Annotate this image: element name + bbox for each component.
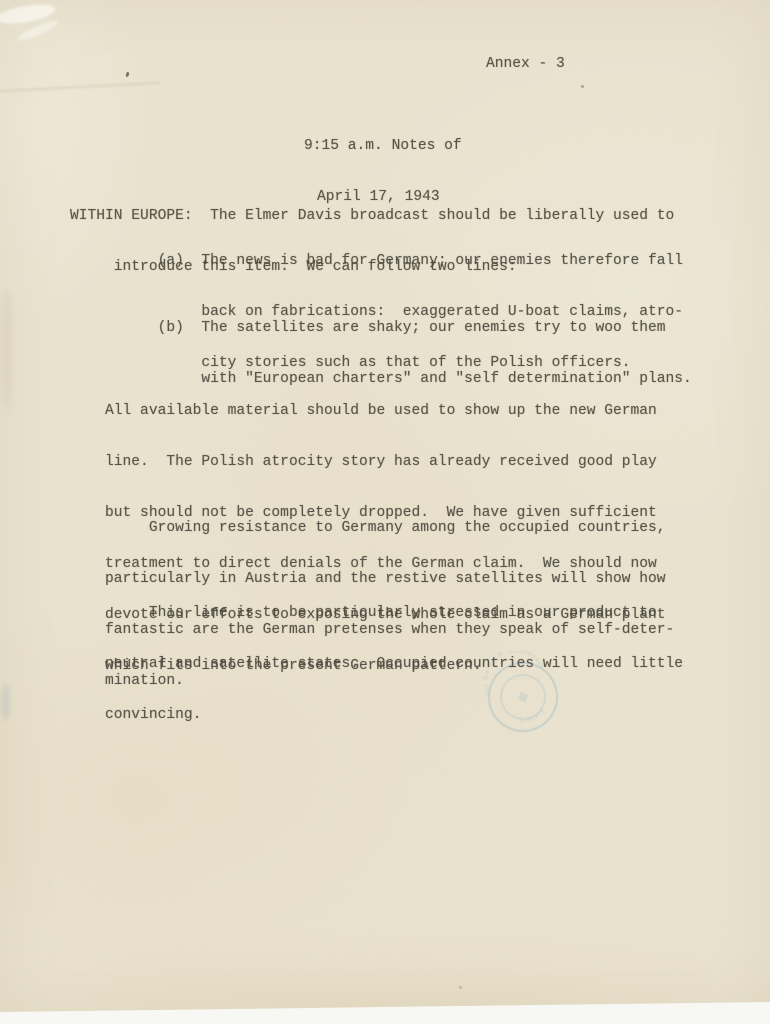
stamp-text-top: The Dwight D. Eisenhower	[477, 651, 546, 696]
crease-mark	[0, 82, 160, 92]
scuff-mark	[16, 17, 60, 43]
ink-speck	[581, 85, 584, 88]
text-line: This line is to be particularly stressed…	[70, 605, 683, 622]
text-line: convincing.	[70, 707, 683, 724]
paragraph-stressed: This line is to be particularly stressed…	[70, 571, 683, 758]
smudge-mark	[1, 684, 10, 720]
archive-stamp-icon: The Dwight D. Eisenhower Library	[477, 651, 569, 743]
scuff-mark	[0, 1, 57, 27]
ink-speck	[459, 986, 462, 989]
text-line: (b) The satellites are shaky; our enemie…	[70, 320, 692, 337]
smudge-mark	[2, 290, 12, 410]
ink-speck	[126, 72, 130, 78]
svg-text:The Dwight D. Eisenhower: The Dwight D. Eisenhower	[477, 651, 546, 696]
annex-label: Annex - 3	[486, 56, 565, 73]
document-page: Annex - 3 9:15 a.m. Notes of April 17, 1…	[0, 0, 770, 1024]
title-line-1: 9:15 a.m. Notes of	[304, 138, 462, 155]
text-line: neutral and satellite states. Occupied c…	[70, 656, 683, 673]
text-line: All available material should be used to…	[70, 403, 666, 420]
text-line: line. The Polish atrocity story has alre…	[70, 454, 666, 471]
text-line: (a) The news is bad for Germany; our ene…	[70, 253, 683, 270]
text-line: Growing resistance to Germany among the …	[70, 520, 674, 537]
